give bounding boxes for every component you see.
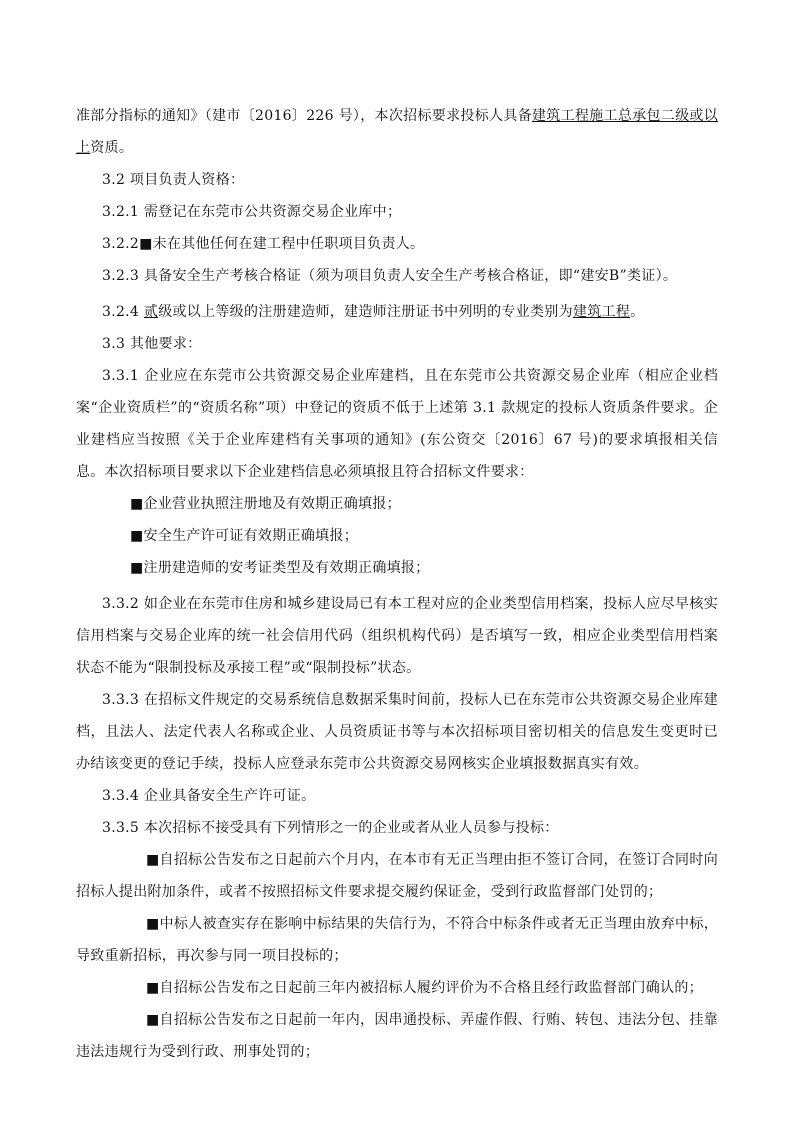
document-page: 准部分指标的通知》（建市〔2016〕226 号），本次招标要求投标人具备建筑工程…	[76, 100, 718, 1068]
major-category-underlined: 建筑工程	[573, 304, 630, 320]
filing-bullet: ■企业营业执照注册地及有效期正确填报；	[76, 488, 718, 520]
exclusion-bullet: ■自招标公告发布之日起前三年内被招标人履约评价为不合格且经行政监督部门确认的；	[76, 972, 718, 1004]
filing-bullet: ■注册建造师的安考证类型及有效期正确填报；	[76, 552, 718, 584]
item-3-2-1: 3.2.1 需登记在东莞市公共资源交易企业库中；	[76, 196, 718, 228]
exclusion-bullet: ■中标人被查实存在影响中标结果的失信行为，不符合中标条件或者无正当理由放弃中标，…	[76, 908, 718, 972]
exclusion-bullet: ■自招标公告发布之日起前六个月内，在本市有无正当理由拒不签订合同，在签订合同时向…	[76, 844, 718, 908]
continuation-end: 资质。	[90, 140, 133, 156]
item-3-2-4-middle: 级或以上等级的注册建造师，建造师注册证书中列明的专业类别为	[158, 304, 573, 320]
item-3-2-4-prefix: 3.2.4	[102, 304, 144, 320]
filing-bullet: ■安全生产许可证有效期正确填报；	[76, 520, 718, 552]
item-3-2-4: 3.2.4 贰级或以上等级的注册建造师，建造师注册证书中列明的专业类别为建筑工程…	[76, 296, 718, 328]
item-3-3-2: 3.3.2 如企业在东莞市住房和城乡建设局已有本工程对应的企业类型信用档案，投标…	[76, 588, 718, 684]
constructor-grade-underlined: 贰	[144, 304, 158, 320]
item-3-2-3: 3.2.3 具备安全生产考核合格证（须为项目负责人安全生产考核合格证，即“建安B…	[76, 260, 718, 292]
section-3-3-heading: 3.3 其他要求：	[76, 328, 718, 360]
section-3-2-heading: 3.2 项目负责人资格：	[76, 164, 718, 196]
item-3-3-5: 3.3.5 本次招标不接受具有下列情形之一的企业或者从业人员参与投标：	[76, 812, 718, 844]
item-3-3-4: 3.3.4 企业具备安全生产许可证。	[76, 780, 718, 812]
qualification-requirement-paragraph: 准部分指标的通知》（建市〔2016〕226 号），本次招标要求投标人具备建筑工程…	[76, 100, 718, 164]
item-3-2-4-suffix: 。	[630, 304, 644, 320]
continuation-text: 准部分指标的通知》（建市〔2016〕226 号），本次招标要求投标人具备	[76, 108, 532, 124]
item-3-3-3: 3.3.3 在招标文件规定的交易系统信息数据采集时间前，投标人已在东莞市公共资源…	[76, 684, 718, 780]
exclusion-bullet: ■自招标公告发布之日起前一年内，因串通投标、弄虚作假、行贿、转包、违法分包、挂靠…	[76, 1004, 718, 1068]
item-3-3-1: 3.3.1 企业应在东莞市公共资源交易企业库建档，且在东莞市公共资源交易企业库（…	[76, 360, 718, 488]
item-3-2-2: 3.2.2■未在其他任何在建工程中任职项目负责人。	[76, 228, 718, 260]
